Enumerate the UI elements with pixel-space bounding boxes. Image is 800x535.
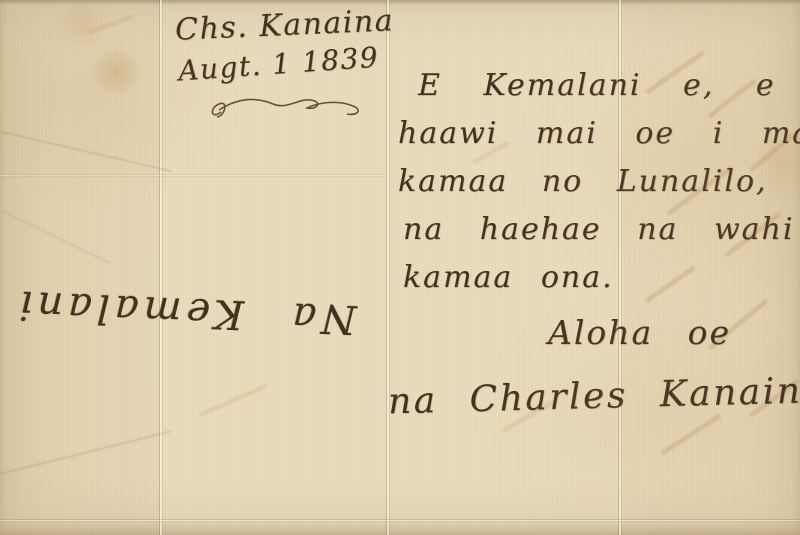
letter-scan: Chs. Kanaina Augt. 1 1839 Na Kemalani E … (0, 0, 800, 535)
body-line: kamaa ona. (403, 254, 800, 302)
docket-annotation: Chs. Kanaina Augt. 1 1839 (175, 8, 394, 80)
fold-crease-diagonal (0, 130, 172, 172)
signature-line: na Charles Kanaina (387, 367, 800, 428)
fold-crease-diagonal (0, 430, 172, 475)
address-panel: Na Kemalani (0, 262, 358, 343)
flourish-icon (207, 90, 367, 124)
paper-edge-shade-top (0, 0, 800, 5)
paper-stain (52, 2, 112, 46)
body-line: haawi mai oe i mau (398, 110, 800, 158)
fold-crease-horizontal (0, 174, 386, 177)
body-line: na haehae na wahi (403, 206, 800, 254)
closing-line: Aloha oe (548, 310, 800, 356)
fold-crease-diagonal (2, 210, 111, 264)
fold-crease-vertical (159, 0, 163, 535)
body-line: kamaa no Lunalilo, ua (398, 158, 800, 206)
docket-date: Augt. 1 1839 (177, 40, 395, 88)
ink-bleed-mark (198, 383, 268, 418)
letter-body: E Kemalani e, e haawi mai oe i mau kamaa… (388, 62, 800, 422)
body-line: E Kemalani e, e (418, 62, 800, 110)
paper-edge-shade-bottom (0, 521, 800, 535)
paper-stain (93, 48, 139, 96)
address-text: Na Kemalani (14, 281, 358, 342)
ink-bleed-mark (87, 14, 136, 36)
